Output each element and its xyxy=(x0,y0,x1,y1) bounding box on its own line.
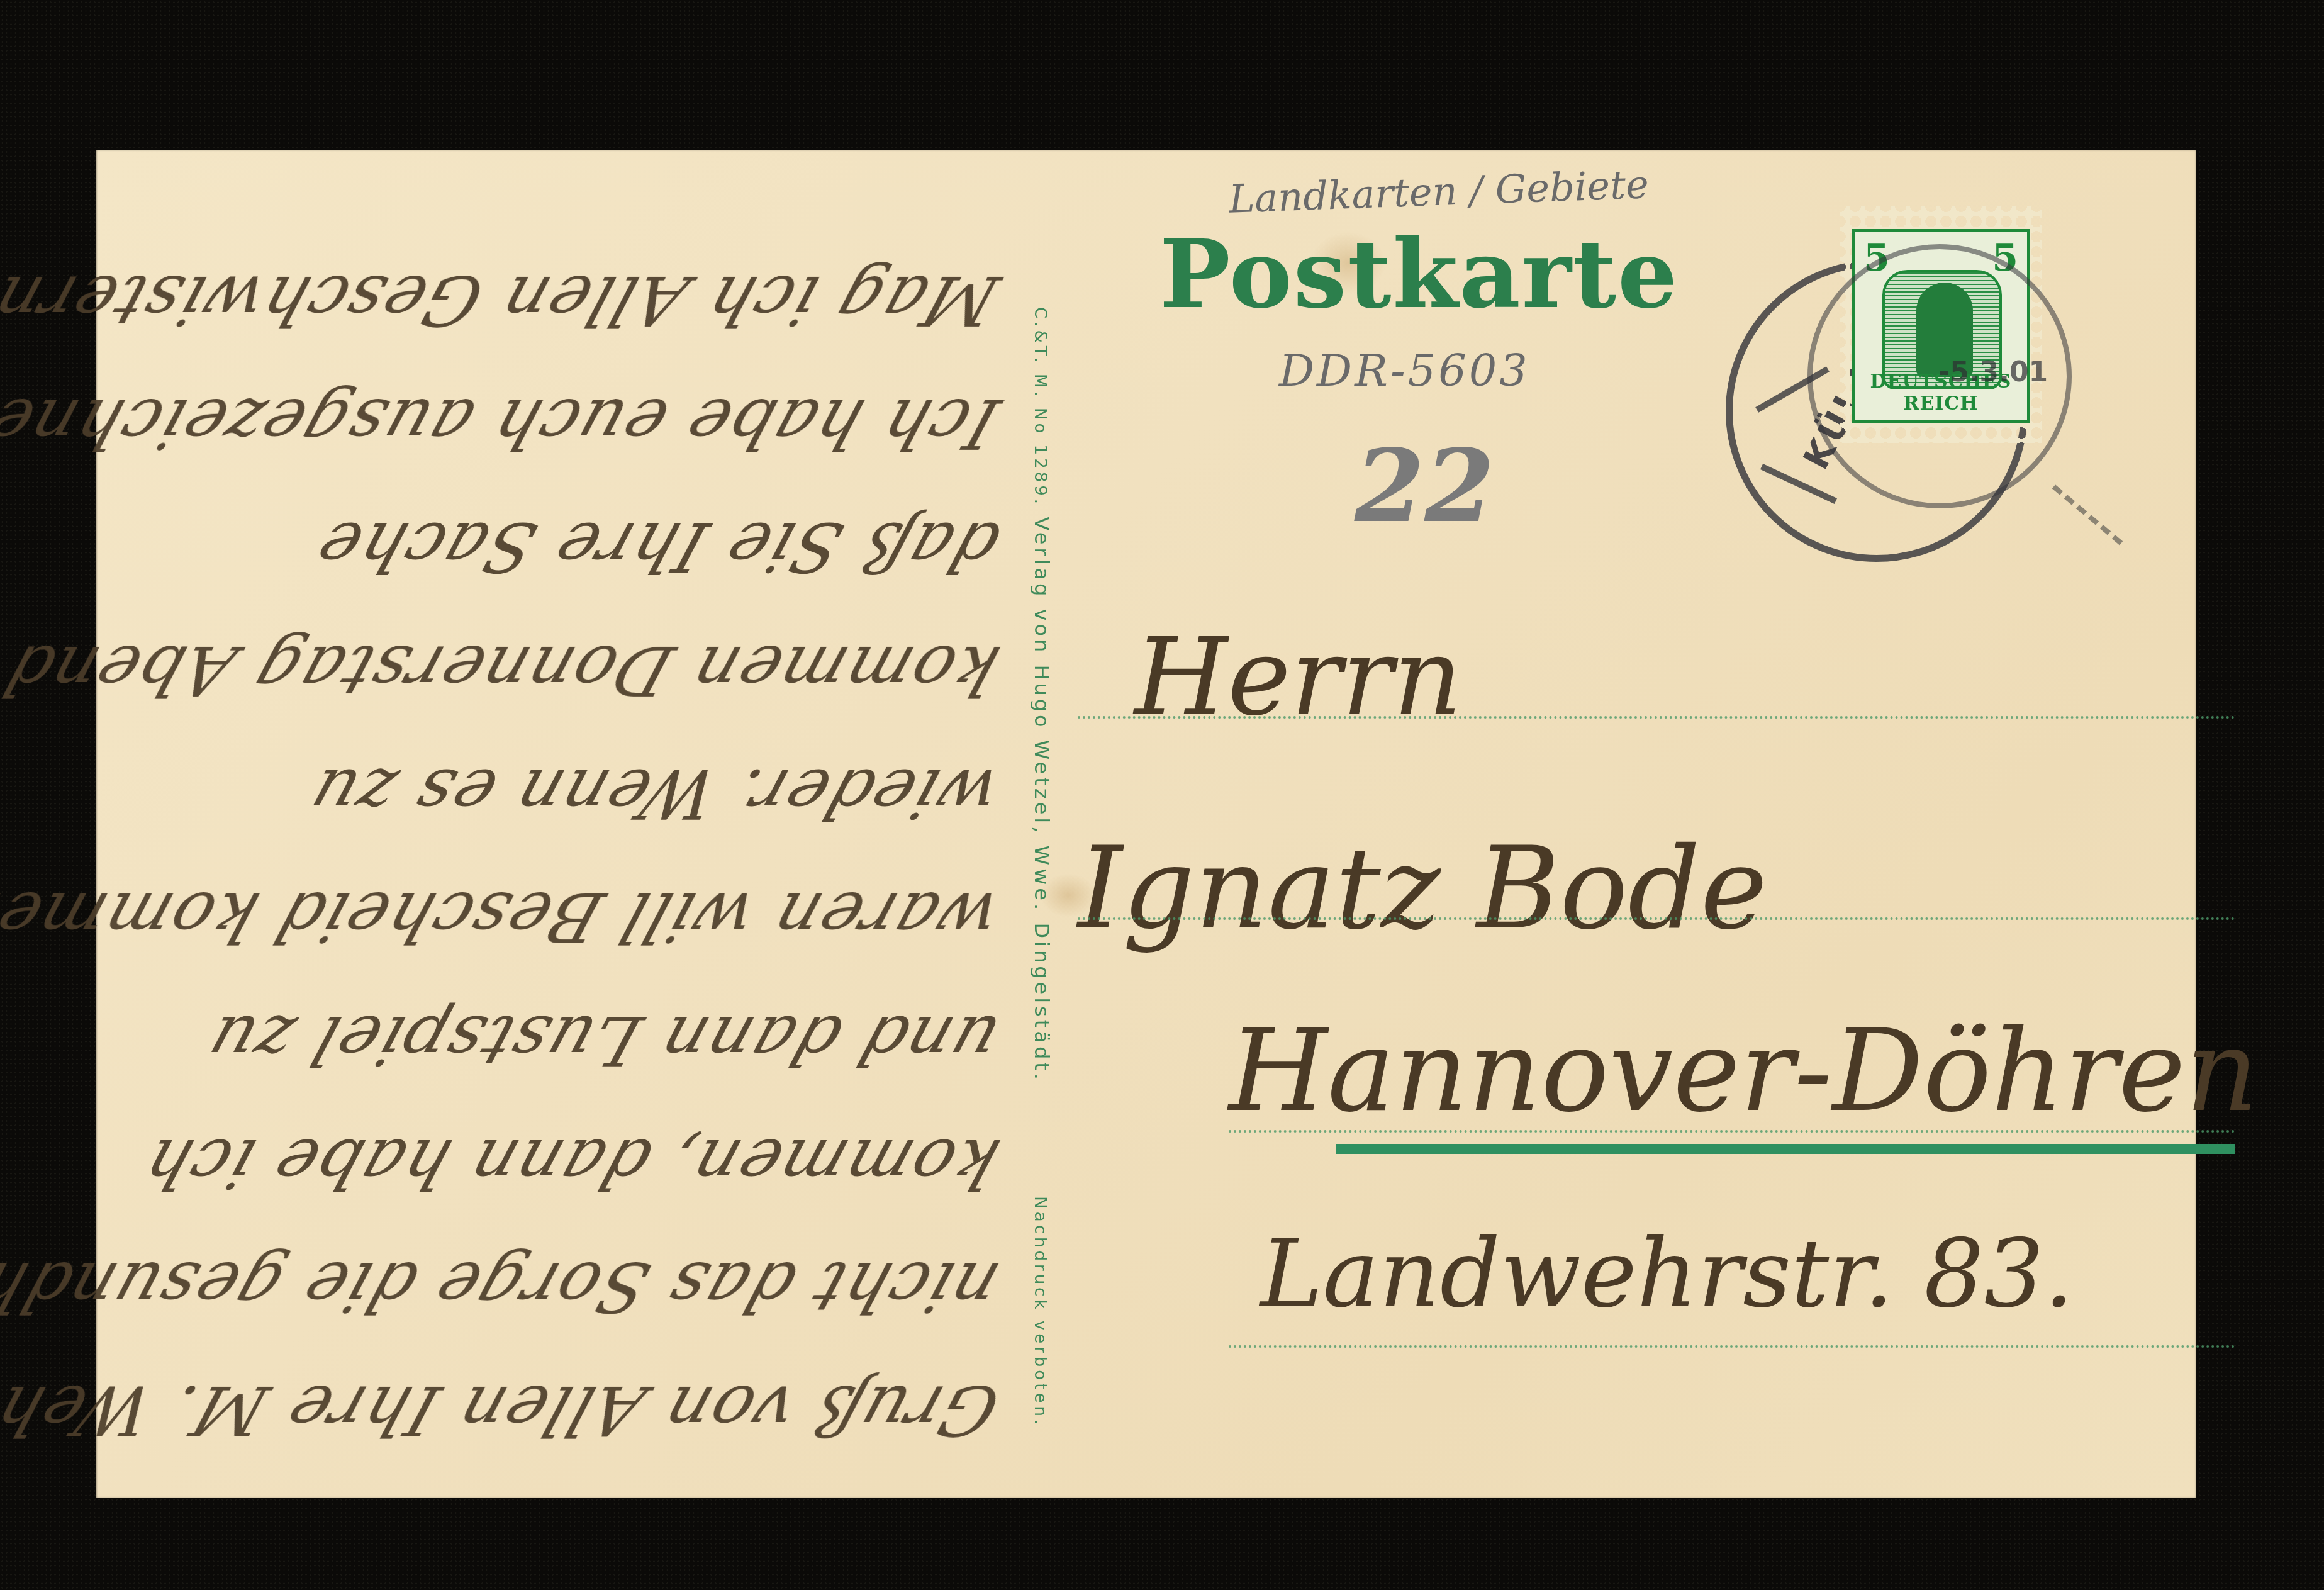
message-line: daß Sie Ihre Sache xyxy=(95,484,1016,608)
postcard: Gruß von Allen Ihre M. Wehner nicht das … xyxy=(96,150,2196,1498)
message-line: Gruß von Allen Ihre M. Wehner xyxy=(95,1348,1016,1471)
address-line-rule xyxy=(1229,1130,2235,1133)
postmark-overlay-ring: -5.3.01 xyxy=(1807,244,2072,508)
address-street: Landwehrstr. 83. xyxy=(1260,1219,2074,1329)
postmark-date: -5.3.01 xyxy=(1938,356,2048,388)
message-line: wieder. Wenn es zu xyxy=(95,731,1016,854)
archive-reference-note: DDR-5603 xyxy=(1279,345,1530,396)
archive-number-note: 22 xyxy=(1355,427,1495,545)
imprint-publisher: Verlag von Hugo Wetzel, Wwe. Dingelstädt… xyxy=(1030,517,1054,1083)
publisher-imprint: C.&T. M. No 1289. Verlag von Hugo Wetzel… xyxy=(1030,307,1054,1428)
address-city: Hannover-Döhren xyxy=(1229,1005,2259,1137)
handwritten-message: Gruß von Allen Ihre M. Wehner nicht das … xyxy=(115,175,996,1471)
address-salutation: Herrn xyxy=(1134,615,1462,740)
address-line-rule xyxy=(1078,917,2235,920)
postkarte-heading: Postkarte xyxy=(1159,219,1679,330)
message-line: waren will Bescheid kommen xyxy=(95,854,1016,978)
address-line-rule xyxy=(1078,716,2235,719)
message-line: nicht das Sorge die gesundheitl. xyxy=(95,1224,1016,1348)
imprint-notice: Nachdruck verboten. xyxy=(1031,1196,1049,1428)
archive-category-note: Landkarten / Gebiete xyxy=(1228,161,1650,221)
message-line: Ich habe euch ausgezeichnet xyxy=(95,361,1016,484)
cancel-marks xyxy=(1996,484,2123,612)
imprint-code: C.&T. M. No 1289. xyxy=(1031,307,1049,507)
message-line: kommen, dann habe ich xyxy=(95,1101,1016,1224)
message-line: kommen Donnerstag Abend xyxy=(95,608,1016,731)
address-name: Ignatz Bode xyxy=(1078,823,1767,955)
address-line-rule xyxy=(1229,1345,2235,1348)
city-underline-bar xyxy=(1336,1144,2235,1154)
message-line: und dann Lustspiel zu xyxy=(95,978,1016,1101)
message-line: Mag ich Allen Geschwistern xyxy=(95,238,1016,361)
